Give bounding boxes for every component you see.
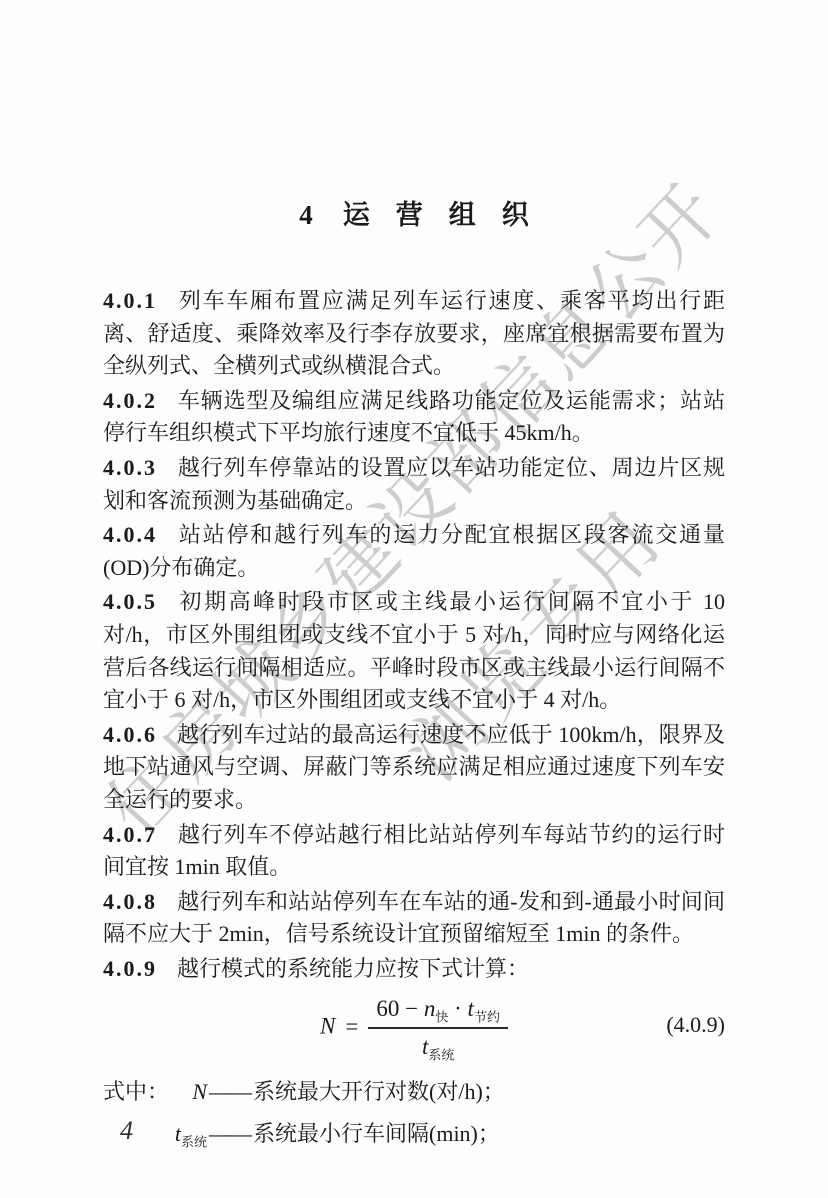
legend-description: 系统最大开行对数(对/h)； [253,1071,505,1113]
clause-number: 4.0.7 [103,822,157,847]
clause-number: 4.0.5 [103,589,157,614]
chapter-title: 4运营组织 [0,198,828,232]
denominator-sub-system: 系统 [428,1048,454,1063]
clause-4-0-8: 4.0.8越行列车和站站停列车在车站的通-发和到-通最小时间间隔不应大于 2mi… [103,886,725,951]
legend-symbol: t系统 [169,1113,207,1155]
clause-text: 越行模式的系统能力应按下式计算： [177,956,529,981]
clause-4-0-2: 4.0.2车辆选型及编组应满足线路功能定位及运能需求；站站停行车组织模式下平均旅… [103,385,725,450]
clause-number: 4.0.2 [103,388,157,413]
clause-text: 站站停和越行列车的运力分配宜根据区段客流交通量(OD)分布确定。 [103,522,725,580]
clause-4-0-5: 4.0.5初期高峰时段市区或主线最小运行间隔不宜小于 10 对/h，市区外围组团… [103,586,725,716]
legend-symbol: N [169,1071,207,1113]
numerator-var-n: n [424,996,436,1021]
clause-4-0-1: 4.0.1列车车厢布置应满足列车运行速度、乘客平均出行距离、舒适度、乘降效率及行… [103,285,725,383]
legend-dash: —— [209,1113,251,1155]
numerator-sub-saving: 节约 [474,1010,500,1025]
equals-sign: = [345,1014,358,1039]
clause-text: 车辆选型及编组应满足线路功能定位及运能需求；站站停行车组织模式下平均旅行速度不宜… [103,388,725,446]
symbol-legend: 式中： N —— 系统最大开行对数(对/h)； t系统 —— 系统最小行车间隔(… [103,1071,743,1155]
fraction-denominator: t系统 [368,1029,508,1061]
page-content: 4运营组织 4.0.1列车车厢布置应满足列车运行速度、乘客平均出行距离、舒适度、… [0,0,828,1155]
clause-text: 越行列车和站站停列车在车站的通-发和到-通最小时间间隔不应大于 2min，信号系… [103,889,725,947]
clause-text: 列车车厢布置应满足列车运行速度、乘客平均出行距离、舒适度、乘降效率及行李存放要求… [103,288,725,378]
equation-number: (4.0.9) [666,1011,725,1039]
clause-number: 4.0.4 [103,522,157,547]
clause-text: 越行列车不停站越行相比站站停列车每站节约的运行时间宜按 1min 取值。 [103,822,725,880]
legend-description: 系统最小行车间隔(min)； [253,1113,500,1155]
chapter-title-text: 运营组织 [343,200,555,230]
numerator-sub-express: 快 [435,1010,448,1025]
multiply-operator: · [448,996,467,1021]
clause-number: 4.0.1 [103,288,157,313]
clause-text: 越行列车停靠站的设置应以车站功能定位、周边片区规划和客流预测为基础确定。 [103,455,725,513]
legend-row-t-system: t系统 —— 系统最小行车间隔(min)； [103,1113,743,1155]
clause-4-0-7: 4.0.7越行列车不停站越行相比站站停列车每站节约的运行时间宜按 1min 取值… [103,819,725,884]
chapter-number: 4 [299,200,313,230]
formula-lhs: N [320,1014,335,1039]
clause-list: 4.0.1列车车厢布置应满足列车运行速度、乘客平均出行距离、舒适度、乘降效率及行… [103,285,725,985]
numerator-constant: 60 − [376,996,423,1021]
fraction-numerator: 60 − n快 · t节约 [368,995,508,1029]
clause-number: 4.0.3 [103,455,157,480]
clause-number: 4.0.9 [103,956,157,981]
legend-dash: —— [209,1071,251,1113]
clause-4-0-3: 4.0.3越行列车停靠站的设置应以车站功能定位、周边片区规划和客流预测为基础确定… [103,452,725,517]
clause-4-0-9: 4.0.9越行模式的系统能力应按下式计算： [103,953,725,986]
formula-expression: N=60 − n快 · t节约t系统 [320,995,508,1061]
clause-number: 4.0.6 [103,722,157,747]
page-number: 4 [120,1116,133,1146]
clause-text: 越行列车过站的最高运行速度不应低于 100km/h，限界及地下站通风与空调、屏蔽… [103,722,725,812]
legend-row-N: 式中： N —— 系统最大开行对数(对/h)； [103,1071,743,1113]
legend-prefix: 式中： [103,1071,169,1113]
clause-number: 4.0.8 [103,889,157,914]
clause-text: 初期高峰时段市区或主线最小运行间隔不宜小于 10 对/h，市区外围组团或支线不宜… [103,589,725,712]
fraction: 60 − n快 · t节约t系统 [368,995,508,1061]
clause-4-0-6: 4.0.6越行列车过站的最高运行速度不应低于 100km/h，限界及地下站通风与… [103,719,725,817]
document-page: 住房城乡建设部信息公开 浏览专用 4运营组织 4.0.1列车车厢布置应满足列车运… [0,0,828,1198]
clause-4-0-4: 4.0.4站站停和越行列车的运力分配宜根据区段客流交通量(OD)分布确定。 [103,519,725,584]
formula-4-0-9: N=60 − n快 · t节约t系统 (4.0.9) [103,995,725,1061]
